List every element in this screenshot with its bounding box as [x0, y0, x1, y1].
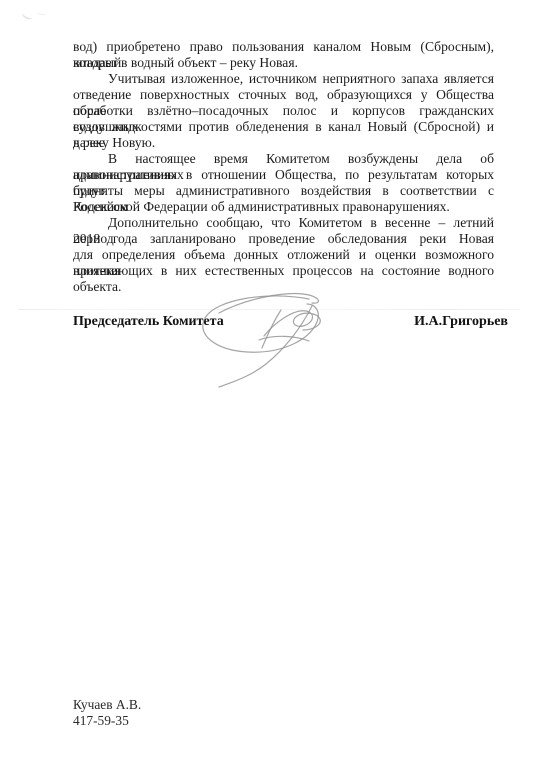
signature-row: Председатель Комитета И.А.Григорьев [73, 313, 508, 331]
text-line: для определения объема донных отложений … [73, 247, 494, 263]
signer-title: Председатель Комитета [73, 313, 224, 331]
text-line: впадает в водный объект – реку Новая. [73, 55, 494, 71]
text-line: в реку Новую. [73, 135, 494, 151]
text-line: вод) приобретено право пользования канал… [73, 39, 494, 55]
executor-phone: 417-59-35 [73, 713, 141, 729]
text-line: Дополнительно сообщаю, что Комитетом в в… [73, 215, 494, 231]
text-line: протекающих в них естественных процессов… [73, 263, 494, 279]
executor-name: Кучаев А.В. [73, 697, 141, 713]
text-line: судов жидкостями против обледенения в ка… [73, 119, 494, 135]
text-line: В настоящее время Комитетом возбуждены д… [73, 151, 494, 167]
footer: Кучаев А.В. 417-59-35 [73, 697, 141, 728]
text-line: 2018 года запланировано проведение обсле… [73, 231, 494, 247]
text-line: обработки взлётно–посадочных полос и кор… [73, 103, 494, 119]
body-text: вод) приобретено право пользования канал… [73, 39, 494, 279]
text-line: Учитывая изложенное, источником неприятн… [73, 71, 494, 87]
scan-smudge [21, 9, 34, 21]
document-page: вод) приобретено право пользования канал… [0, 0, 547, 779]
signer-name: И.А.Григорьев [414, 313, 508, 331]
text-line: приняты меры административного воздейств… [73, 183, 494, 199]
text-line: отведение поверхностных сточных вод, обр… [73, 87, 494, 103]
text-line: Российской Федерации об административных… [73, 199, 494, 215]
scan-artifact-line [18, 309, 520, 310]
text-line: правонарушениях в отношении Общества, по… [73, 167, 494, 183]
scan-smudge [37, 9, 48, 15]
